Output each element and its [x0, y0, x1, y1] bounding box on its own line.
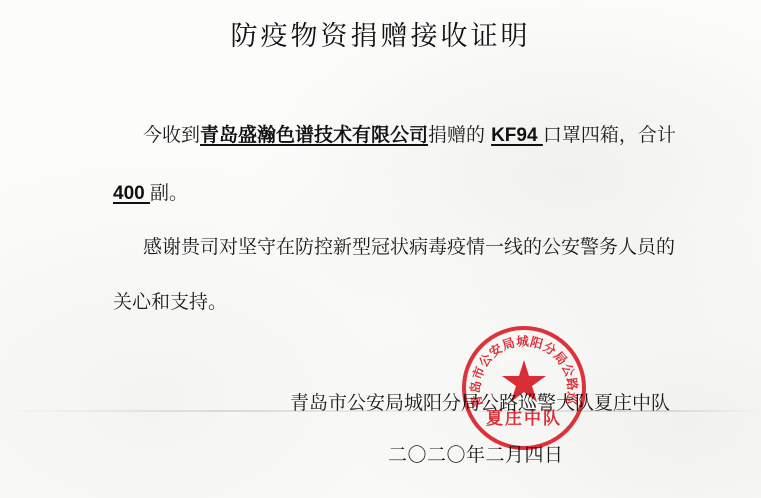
body-line-1: 今收到青岛盛瀚色谱技术有限公司捐赠的 KF94 口罩四箱，合计 [143, 120, 676, 147]
line1-suffix: 口罩四箱，合计 [543, 124, 676, 146]
item-model: KF94 [491, 125, 543, 146]
document-title: 防疫物资捐赠接收证明 [0, 14, 761, 53]
line1-mid: 捐赠的 [428, 124, 491, 146]
seal-graphic: 青岛市公安局城阳分局公路巡警大队 [462, 326, 586, 450]
svg-text:青岛市公安局城阳分局公路巡警大队: 青岛市公安局城阳分局公路巡警大队 [462, 326, 580, 409]
seal-ring-text: 青岛市公安局城阳分局公路巡警大队 [462, 326, 580, 409]
seal-center-text: 夏庄中队 [466, 404, 582, 429]
quantity: 400 [113, 183, 150, 204]
body-line-3: 感谢贵司对坚守在防控新型冠状病毒疫情一线的公安警务人员的 [143, 232, 675, 259]
official-seal: 青岛市公安局城阳分局公路巡警大队 夏庄中队 [462, 326, 586, 450]
body-line-4: 关心和支持。 [113, 287, 227, 314]
line2-suffix: 副。 [150, 182, 188, 204]
body-line-2: 400 副。 [113, 178, 188, 205]
donor-name: 青岛盛瀚色谱技术有限公司 [200, 124, 428, 146]
line1-prefix: 今收到 [143, 124, 200, 146]
star-icon [502, 360, 546, 402]
